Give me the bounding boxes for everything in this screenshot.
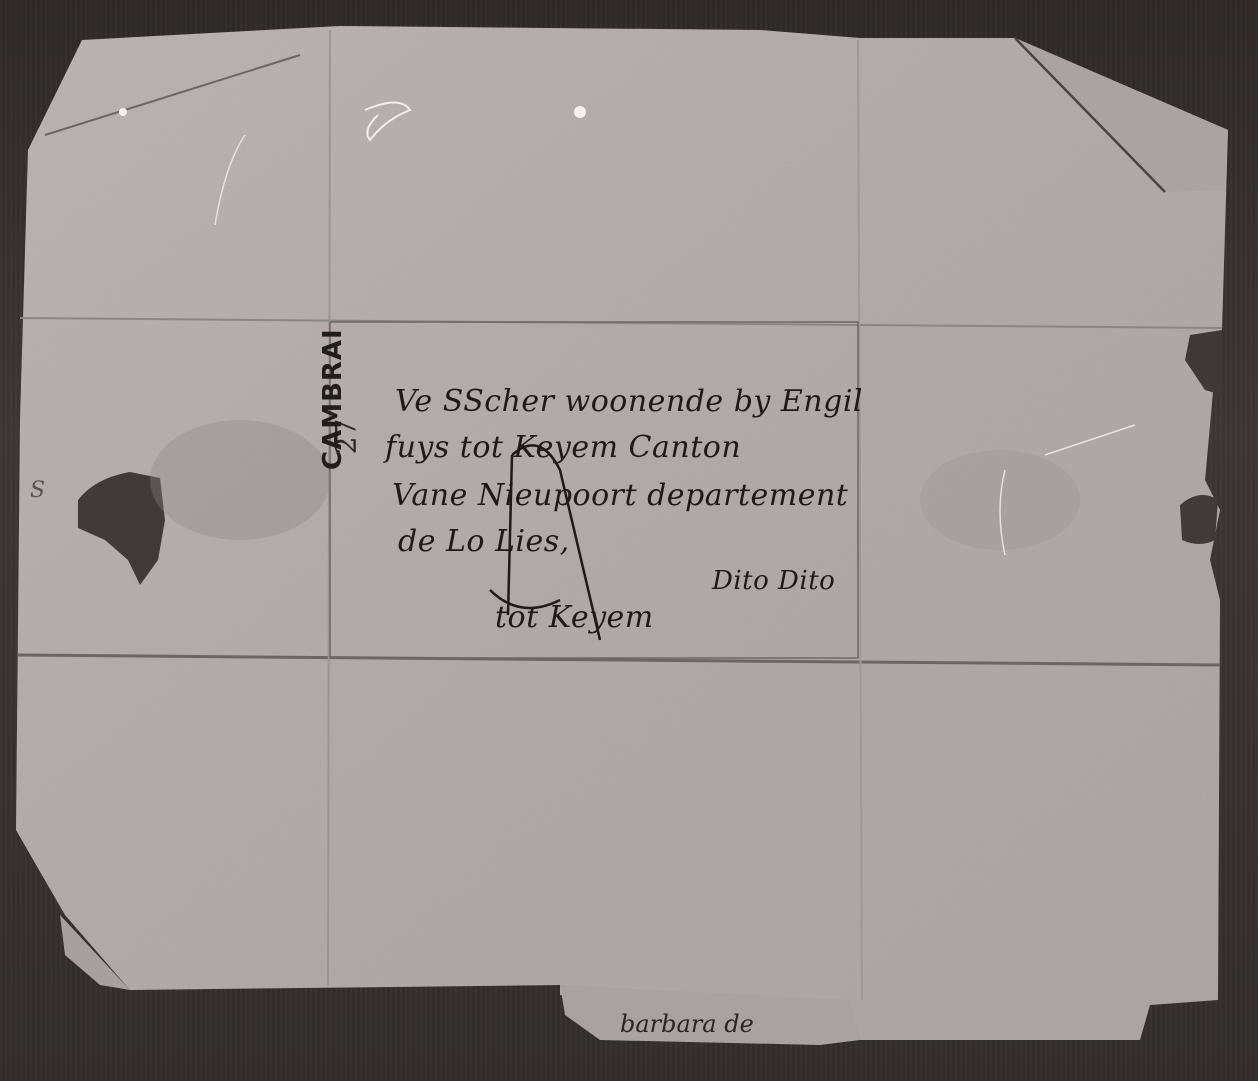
letter-paper bbox=[0, 0, 1258, 1081]
address-line-4: de Lo Lies, bbox=[398, 524, 570, 559]
hole-right bbox=[1180, 495, 1218, 544]
address-line-1: Ve SScher woonende by Engil bbox=[395, 384, 863, 419]
address-line-5: Dito Dito bbox=[712, 566, 835, 596]
address-line-3: Vane Nieupoort departement bbox=[392, 478, 848, 513]
address-line-6: tot Keyem bbox=[495, 600, 654, 635]
address-line-2: fuys tot Keyem Canton bbox=[385, 430, 741, 465]
bottom-flap-text: barbara de bbox=[620, 1010, 754, 1038]
postmark-cambrai: CAMBRAI bbox=[318, 320, 348, 470]
side-mark: S bbox=[30, 478, 45, 503]
